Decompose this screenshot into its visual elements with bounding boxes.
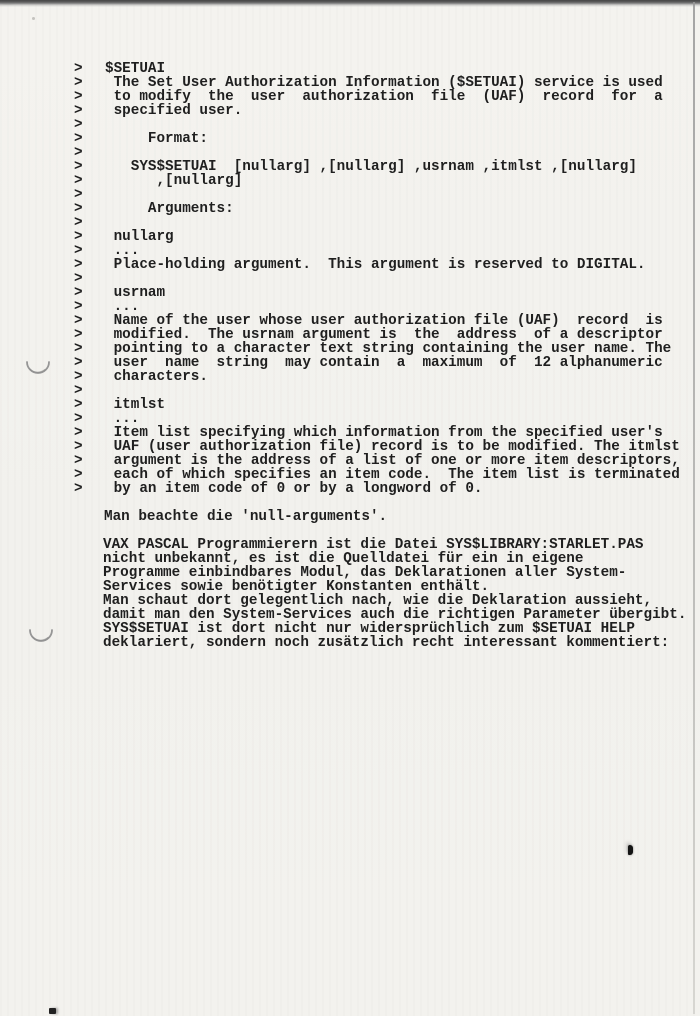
quote-marker: > (74, 104, 105, 118)
quote-marker: > (74, 90, 105, 104)
quoted-help-line: > nullarg (0, 230, 680, 244)
paragraph-line: deklariert, sondern noch zusätzlich rech… (103, 636, 686, 650)
quoted-help-text: ... (105, 300, 139, 314)
quoted-help-text: Format: (105, 132, 208, 146)
quoted-help-text: pointing to a character text string cont… (105, 342, 671, 356)
quoted-help-text: Name of the user whose user authorizatio… (105, 314, 663, 328)
scanned-page: { "document": { "kind": "scanned help pr… (0, 0, 700, 1016)
quoted-help-text: Item list specifying which information f… (105, 426, 663, 440)
quoted-help-line: > ... (0, 412, 680, 426)
ink-speck (49, 1008, 56, 1014)
quoted-help-line: > usrnam (0, 286, 680, 300)
quote-marker: > (74, 300, 105, 314)
quote-marker: > (74, 440, 105, 454)
quote-marker: > (74, 286, 105, 300)
quoted-help-text: each of which specifies an item code. Th… (105, 468, 680, 482)
quote-marker: > (74, 244, 105, 258)
quote-marker: > (74, 328, 105, 342)
help-quote-block: >$SETUAI> The Set User Authorization Inf… (0, 62, 680, 496)
quoted-help-line: > by an item code of 0 or by a longword … (0, 482, 680, 496)
punch-hole-mark (28, 626, 54, 644)
quoted-help-line: > ... (0, 244, 680, 258)
quote-marker: > (74, 76, 105, 90)
quoted-help-text: user name string may contain a maximum o… (105, 356, 663, 370)
quoted-help-line: > (0, 146, 680, 160)
quoted-help-line: > (0, 272, 680, 286)
ink-speck (628, 845, 633, 855)
quoted-help-line: > pointing to a character text string co… (0, 342, 680, 356)
quoted-help-text: specified user. (105, 104, 242, 118)
quoted-help-line: > (0, 384, 680, 398)
quote-marker: > (74, 202, 105, 216)
quote-marker: > (74, 146, 105, 160)
quoted-help-text: SYS$SETUAI [nullarg] ,[nullarg] ,usrnam … (105, 160, 637, 174)
note-line: Man beachte die 'null-arguments'. (104, 510, 387, 524)
quoted-help-line: > Name of the user whose user authorizat… (0, 314, 680, 328)
quote-marker: > (74, 356, 105, 370)
quote-marker: > (74, 258, 105, 272)
quoted-help-text: UAF (user authorization file) record is … (105, 440, 680, 454)
quote-marker: > (74, 132, 105, 146)
paragraph-line: nicht unbekannt, es ist die Quelldatei f… (103, 552, 686, 566)
quoted-help-line: > each of which specifies an item code. … (0, 468, 680, 482)
quoted-help-text: ... (105, 412, 139, 426)
quoted-help-line: > ... (0, 300, 680, 314)
paragraph-line: Programme einbindbares Modul, das Deklar… (103, 566, 686, 580)
quoted-help-text: nullarg (105, 230, 174, 244)
document-page: >$SETUAI> The Set User Authorization Inf… (0, 0, 700, 1016)
quoted-help-text: $SETUAI (105, 62, 165, 76)
paragraph-line: Man schaut dort gelegentlich nach, wie d… (103, 594, 686, 608)
quoted-help-line: > Item list specifying which information… (0, 426, 680, 440)
quote-marker: > (74, 62, 105, 76)
quote-marker: > (74, 118, 105, 132)
quote-marker: > (74, 468, 105, 482)
quoted-help-line: > Place-holding argument. This argument … (0, 258, 680, 272)
quoted-help-text: usrnam (105, 286, 165, 300)
quoted-help-text: to modify the user authorization file (U… (105, 90, 663, 104)
quote-marker: > (74, 482, 105, 496)
quoted-help-text: Arguments: (105, 202, 234, 216)
punch-hole-mark (25, 358, 51, 376)
paragraph-line: SYS$SETUAI ist dort nicht nur widersprüc… (103, 622, 686, 636)
quote-marker: > (74, 398, 105, 412)
quoted-help-text: The Set User Authorization Information (… (105, 76, 663, 90)
quote-marker: > (74, 412, 105, 426)
quote-marker: > (74, 342, 105, 356)
paragraph-line: Services sowie benötigter Konstanten ent… (103, 580, 686, 594)
quoted-help-line: > UAF (user authorization file) record i… (0, 440, 680, 454)
quoted-help-line: > to modify the user authorization file … (0, 90, 680, 104)
quoted-help-text: by an item code of 0 or by a longword of… (105, 482, 483, 496)
quoted-help-text: ... (105, 244, 139, 258)
quoted-help-line: > modified. The usrnam argument is the a… (0, 328, 680, 342)
quoted-help-line: > The Set User Authorization Information… (0, 76, 680, 90)
quote-marker: > (74, 384, 105, 398)
quote-marker: > (74, 160, 105, 174)
quoted-help-line: > SYS$SETUAI [nullarg] ,[nullarg] ,usrna… (0, 160, 680, 174)
quoted-help-line: > user name string may contain a maximum… (0, 356, 680, 370)
quoted-help-line: > (0, 216, 680, 230)
quote-marker: > (74, 454, 105, 468)
quoted-help-text: ,[nullarg] (105, 174, 242, 188)
quote-marker: > (74, 426, 105, 440)
paragraph-line: VAX PASCAL Programmierern ist die Datei … (103, 538, 686, 552)
quoted-help-line: > specified user. (0, 104, 680, 118)
quoted-help-line: > (0, 118, 680, 132)
scan-right-edge-artifact (693, 2, 695, 1014)
quoted-help-line: > (0, 188, 680, 202)
quoted-help-text: Place-holding argument. This argument is… (105, 258, 646, 272)
quoted-help-line: > Arguments: (0, 202, 680, 216)
quoted-help-text: argument is the address of a list of one… (105, 454, 680, 468)
quoted-help-line: > characters. (0, 370, 680, 384)
quote-marker: > (74, 174, 105, 188)
quoted-help-line: > Format: (0, 132, 680, 146)
quoted-help-line: > argument is the address of a list of o… (0, 454, 680, 468)
paragraph-line: damit man den System-Services auch die r… (103, 608, 686, 622)
quote-marker: > (74, 370, 105, 384)
quoted-help-line: >$SETUAI (0, 62, 680, 76)
quote-marker: > (74, 230, 105, 244)
ink-speck (32, 17, 35, 20)
quote-marker: > (74, 314, 105, 328)
quote-marker: > (74, 216, 105, 230)
quoted-help-line: > itmlst (0, 398, 680, 412)
quoted-help-text: itmlst (105, 398, 165, 412)
german-paragraph: VAX PASCAL Programmierern ist die Datei … (103, 538, 686, 650)
scan-top-edge-artifact (0, 0, 700, 7)
quote-marker: > (74, 188, 105, 202)
quoted-help-text: characters. (105, 370, 208, 384)
quoted-help-line: > ,[nullarg] (0, 174, 680, 188)
quote-marker: > (74, 272, 105, 286)
quoted-help-text: modified. The usrnam argument is the add… (105, 328, 663, 342)
